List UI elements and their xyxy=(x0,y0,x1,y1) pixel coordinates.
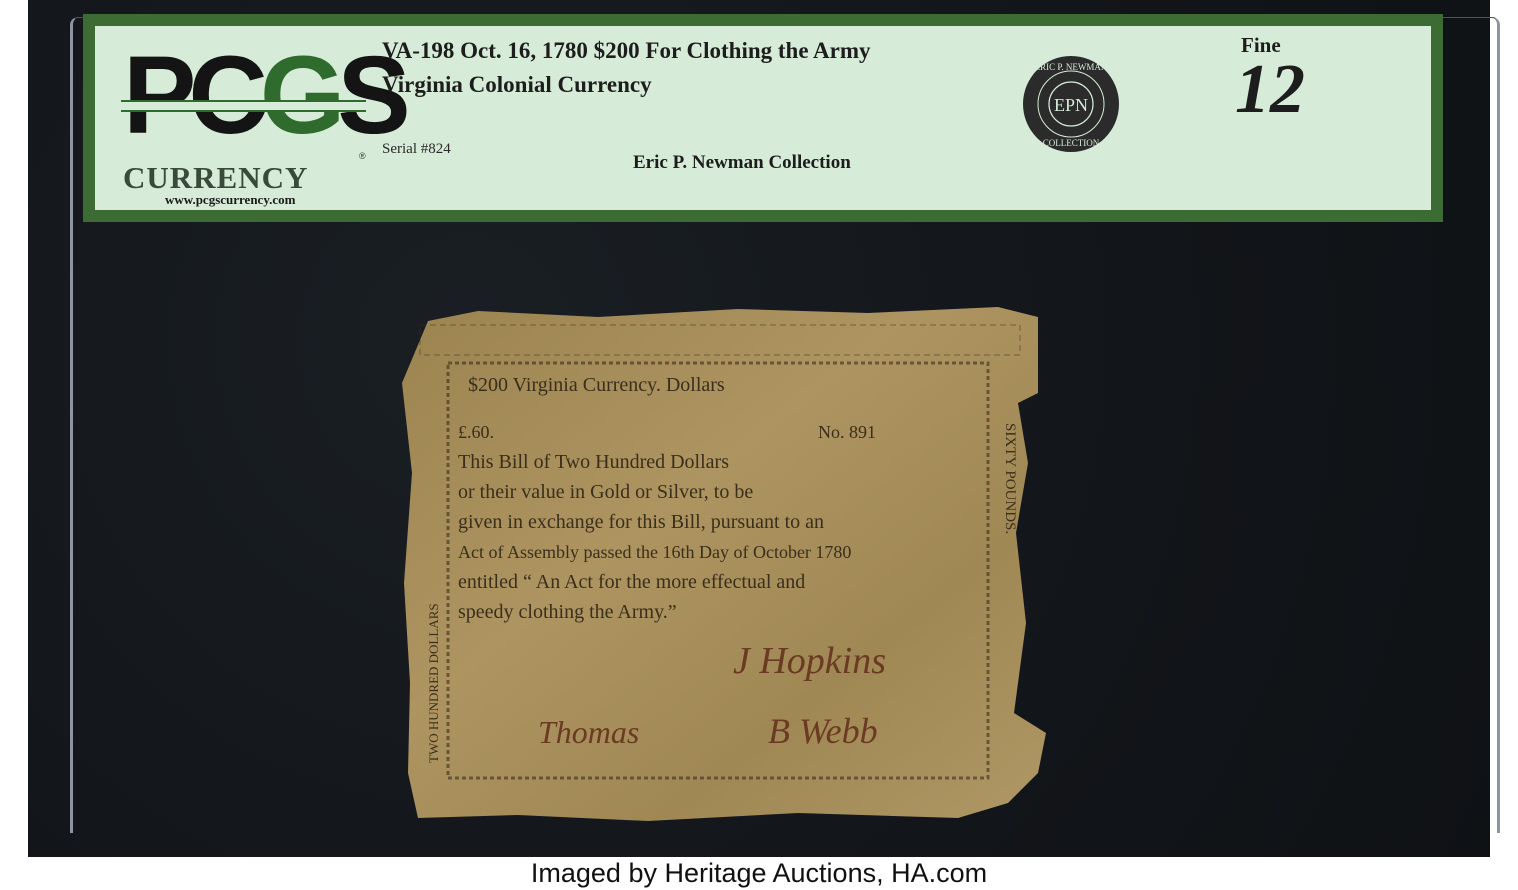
registered-mark: ® xyxy=(359,151,366,161)
brand-url: www.pcgscurrency.com xyxy=(165,192,295,208)
note-side-left: TWO HUNDRED DOLLARS xyxy=(426,603,441,763)
note-number: No. 891 xyxy=(818,422,876,442)
seal-ring-bottom: COLLECTION xyxy=(1043,138,1100,148)
label-panel: PCGS ® CURRENCY www.pcgscurrency.com VA-… xyxy=(95,26,1431,210)
note-title: VA-198 Oct. 16, 1780 $200 For Clothing t… xyxy=(382,38,871,64)
seal-ring-top: ERIC P. NEWMAN xyxy=(1035,62,1108,72)
note-value-left: £.60. xyxy=(458,422,494,442)
note-body-line-1: This Bill of Two Hundred Dollars xyxy=(458,451,729,473)
note-body-line-3: given in exchange for this Bill, pursuan… xyxy=(458,511,824,533)
logo-stripe xyxy=(121,100,366,112)
pcgs-logo-text: PCGS xyxy=(123,36,403,156)
signature-webb: B Webb xyxy=(768,711,878,751)
currency-wordmark: CURRENCY xyxy=(123,160,308,196)
grading-label: PCGS ® CURRENCY www.pcgscurrency.com VA-… xyxy=(83,14,1443,222)
pcgs-currency-logo: PCGS ® CURRENCY www.pcgscurrency.com xyxy=(113,36,375,206)
note-header: $200 Virginia Currency. Dollars xyxy=(468,374,725,396)
note-body-line-6: speedy clothing the Army.” xyxy=(458,601,677,623)
epn-seal-icon: EPN ERIC P. NEWMAN COLLECTION xyxy=(1021,54,1121,154)
note-body-line-4: Act of Assembly passed the 16th Day of O… xyxy=(458,542,851,562)
note-side-right: SIXTY POUNDS. xyxy=(1002,423,1018,534)
grade-number: 12 xyxy=(1235,50,1305,130)
note-body-line-5: entitled “ An Act for the more effectual… xyxy=(458,571,805,593)
note-body-line-2: or their value in Gold or Silver, to be xyxy=(458,481,753,503)
image-credit-caption: Imaged by Heritage Auctions, HA.com xyxy=(0,857,1518,890)
seal-monogram: EPN xyxy=(1054,95,1088,115)
serial-number: Serial #824 xyxy=(382,141,451,158)
banknote-image: $200 Virginia Currency. Dollars £.60. No… xyxy=(398,303,1048,823)
signature-thomas: Thomas xyxy=(538,714,639,750)
signature-hopkins: J Hopkins xyxy=(733,640,886,682)
collection-name: Eric P. Newman Collection xyxy=(633,152,851,174)
note-subtitle: Virginia Colonial Currency xyxy=(382,72,652,98)
